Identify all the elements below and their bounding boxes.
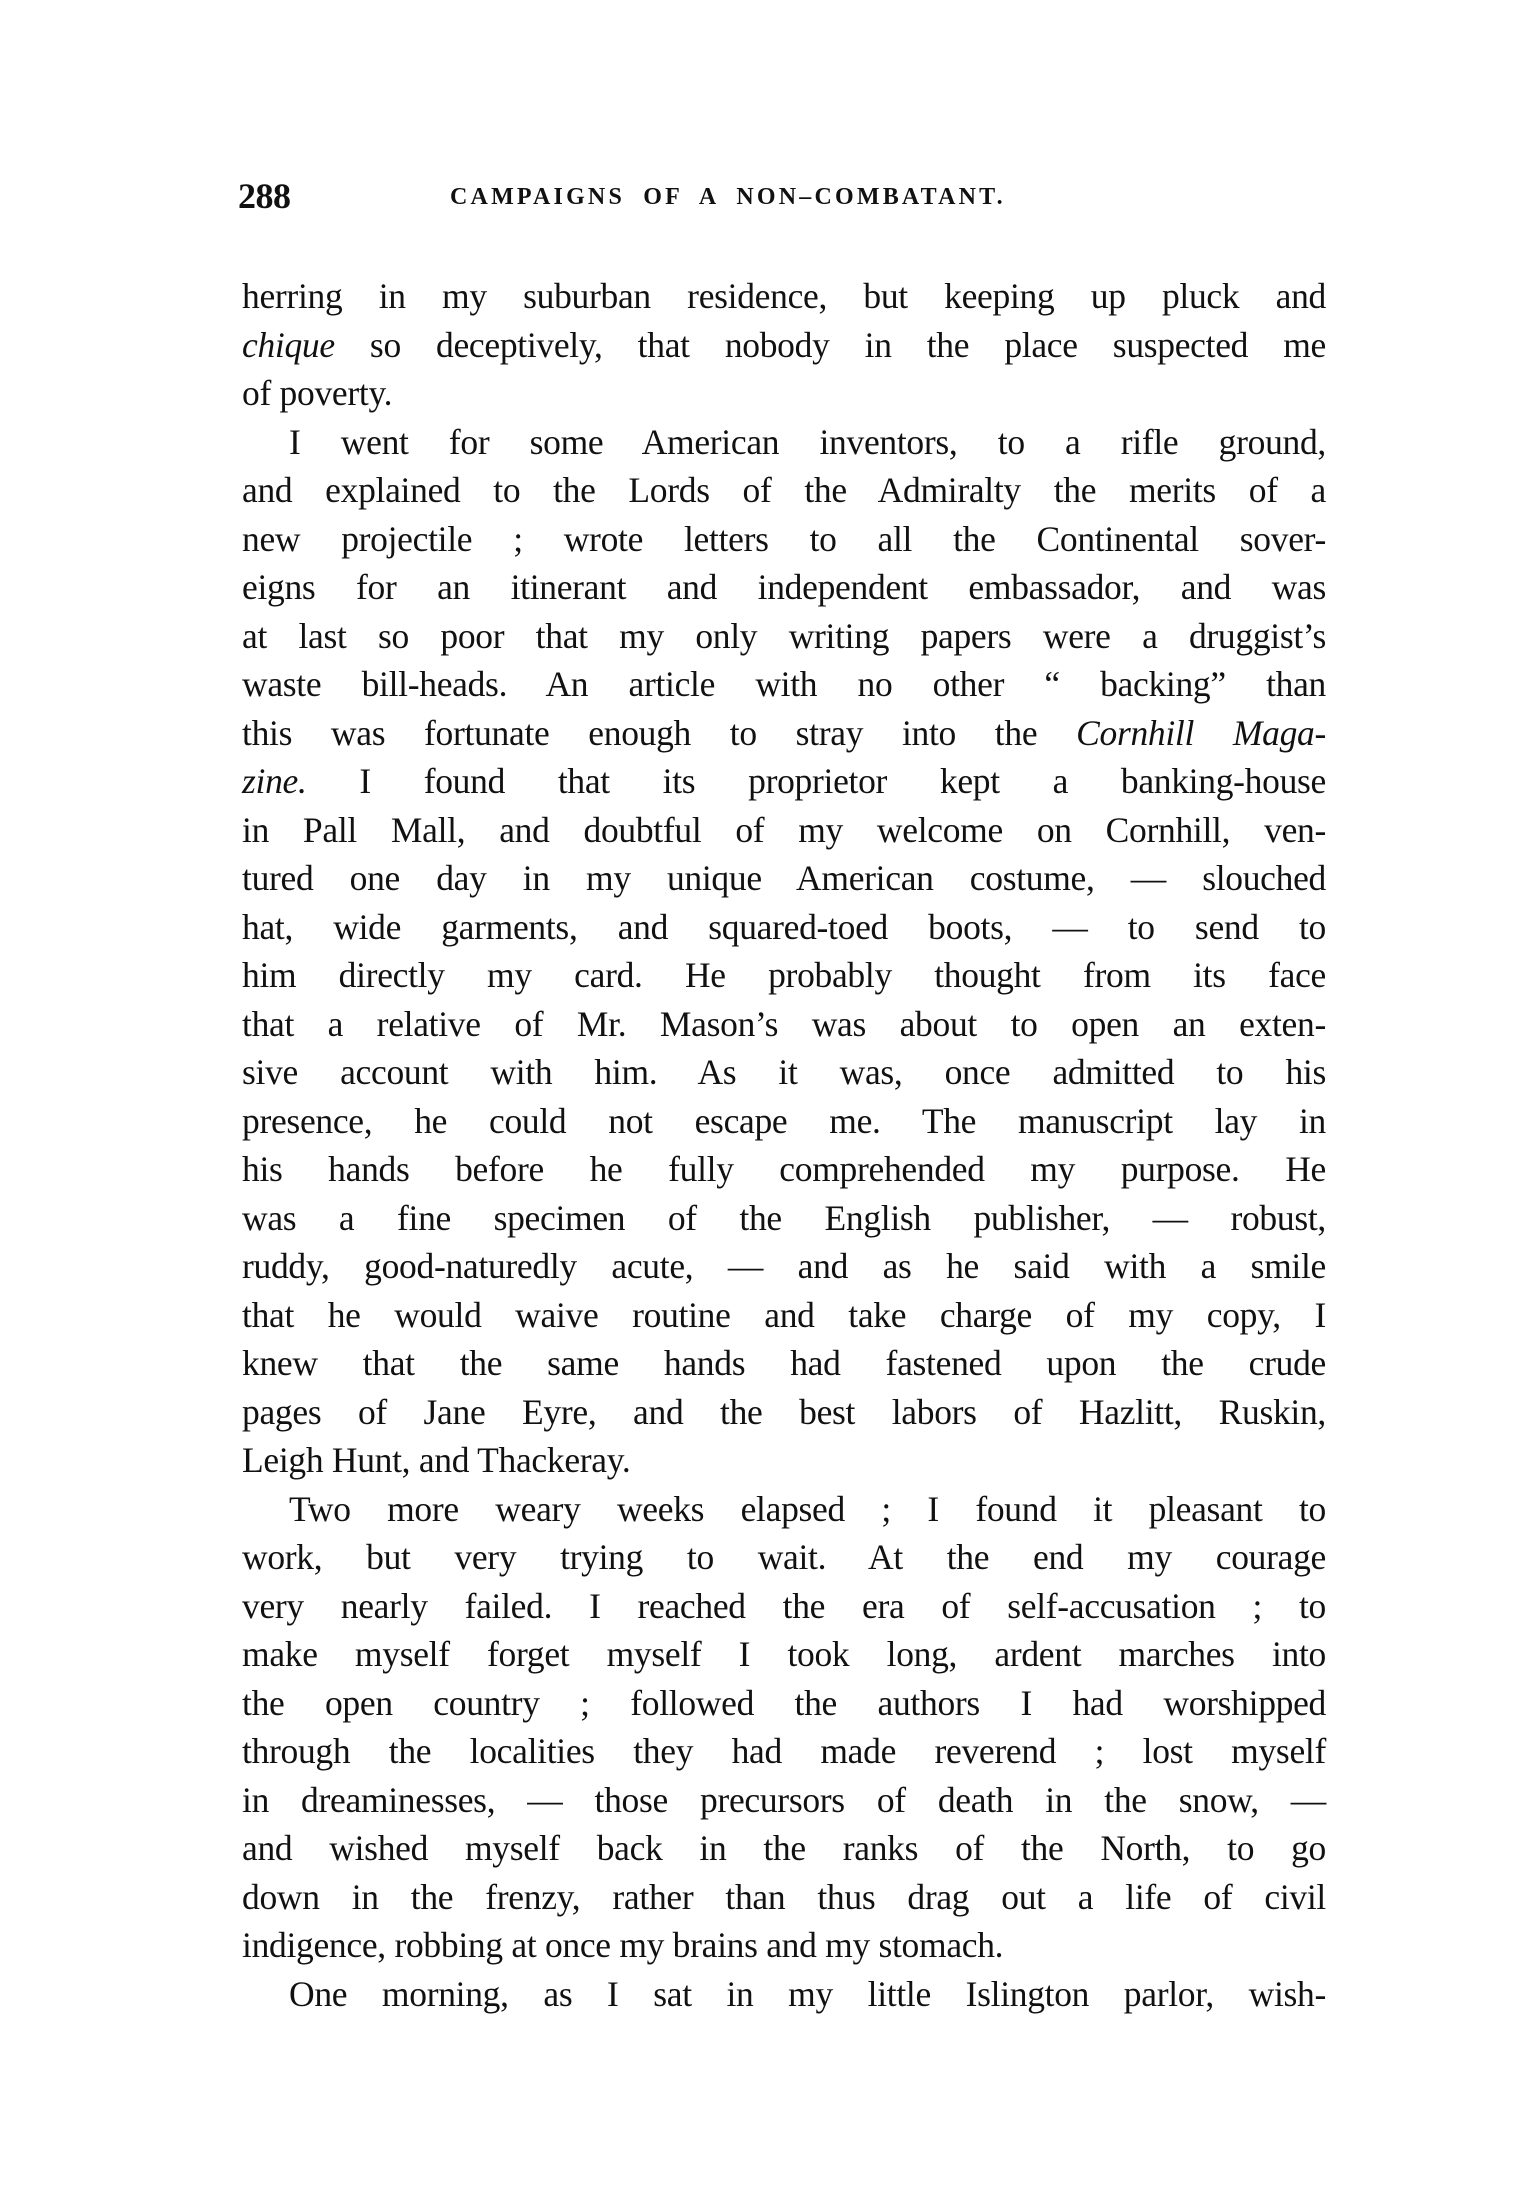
italic-title: zine. [242,761,307,801]
text-line: eigns for an itinerant and independent e… [242,563,1326,612]
text-line: and wished myself back in the ranks of t… [242,1824,1326,1873]
page-number: 288 [238,176,291,216]
text-line: herring in my suburban residence, but ke… [242,272,1326,321]
running-title: CAMPAIGNS OF A NON–COMBATANT. [450,182,1006,212]
text-line: make myself forget myself I took long, a… [242,1630,1326,1679]
paragraph-first-line: One morning, as I sat in my little Islin… [242,1970,1326,2019]
text-line: down in the frenzy, rather than thus dra… [242,1873,1326,1922]
text-line: work, but very trying to wait. At the en… [242,1533,1326,1582]
italic-term: chique [242,325,335,365]
text-line: that a relative of Mr. Mason’s was about… [242,1000,1326,1049]
text-line: at last so poor that my only writing pap… [242,612,1326,661]
text-line: in dreaminesses, — those precursors of d… [242,1776,1326,1825]
text-line: Leigh Hunt, and Thackeray. [242,1436,1326,1485]
book-page: 288 CAMPAIGNS OF A NON–COMBATANT. herrin… [0,0,1520,2191]
text-line: sive account with him. As it was, once a… [242,1048,1326,1097]
text-line: waste bill-heads. An article with no oth… [242,660,1326,709]
text-line: pages of Jane Eyre, and the best labors … [242,1388,1326,1437]
text-line: indigence, robbing at once my brains and… [242,1921,1326,1970]
paragraph-first-line: I went for some American inventors, to a… [242,418,1326,467]
text-line: presence, he could not escape me. The ma… [242,1097,1326,1146]
text-line: and explained to the Lords of the Admira… [242,466,1326,515]
running-head: 288 CAMPAIGNS OF A NON–COMBATANT. [238,176,1328,216]
text-line: ruddy, good-naturedly acute, — and as he… [242,1242,1326,1291]
text-line: through the localities they had made rev… [242,1727,1326,1776]
text-line: hat, wide garments, and squared-toed boo… [242,903,1326,952]
text-line: chique so deceptively, that nobody in th… [242,321,1326,370]
paragraph-first-line: Two more weary weeks elapsed ; I found i… [242,1485,1326,1534]
text-line: very nearly failed. I reached the era of… [242,1582,1326,1631]
text-line: in Pall Mall, and doubtful of my welcome… [242,806,1326,855]
text-line: of poverty. [242,369,1326,418]
body-text: herring in my suburban residence, but ke… [242,272,1326,2018]
text-line: was a fine specimen of the English publi… [242,1194,1326,1243]
text-line: new projectile ; wrote letters to all th… [242,515,1326,564]
text-line: the open country ; followed the authors … [242,1679,1326,1728]
text-line: knew that the same hands had fastened up… [242,1339,1326,1388]
italic-title: Cornhill Maga- [1076,713,1326,753]
text-line: him directly my card. He probably though… [242,951,1326,1000]
text-line: tured one day in my unique American cost… [242,854,1326,903]
text-line: zine. I found that its proprietor kept a… [242,757,1326,806]
text-line: this was fortunate enough to stray into … [242,709,1326,758]
text-line: that he would waive routine and take cha… [242,1291,1326,1340]
text-line: his hands before he fully comprehended m… [242,1145,1326,1194]
